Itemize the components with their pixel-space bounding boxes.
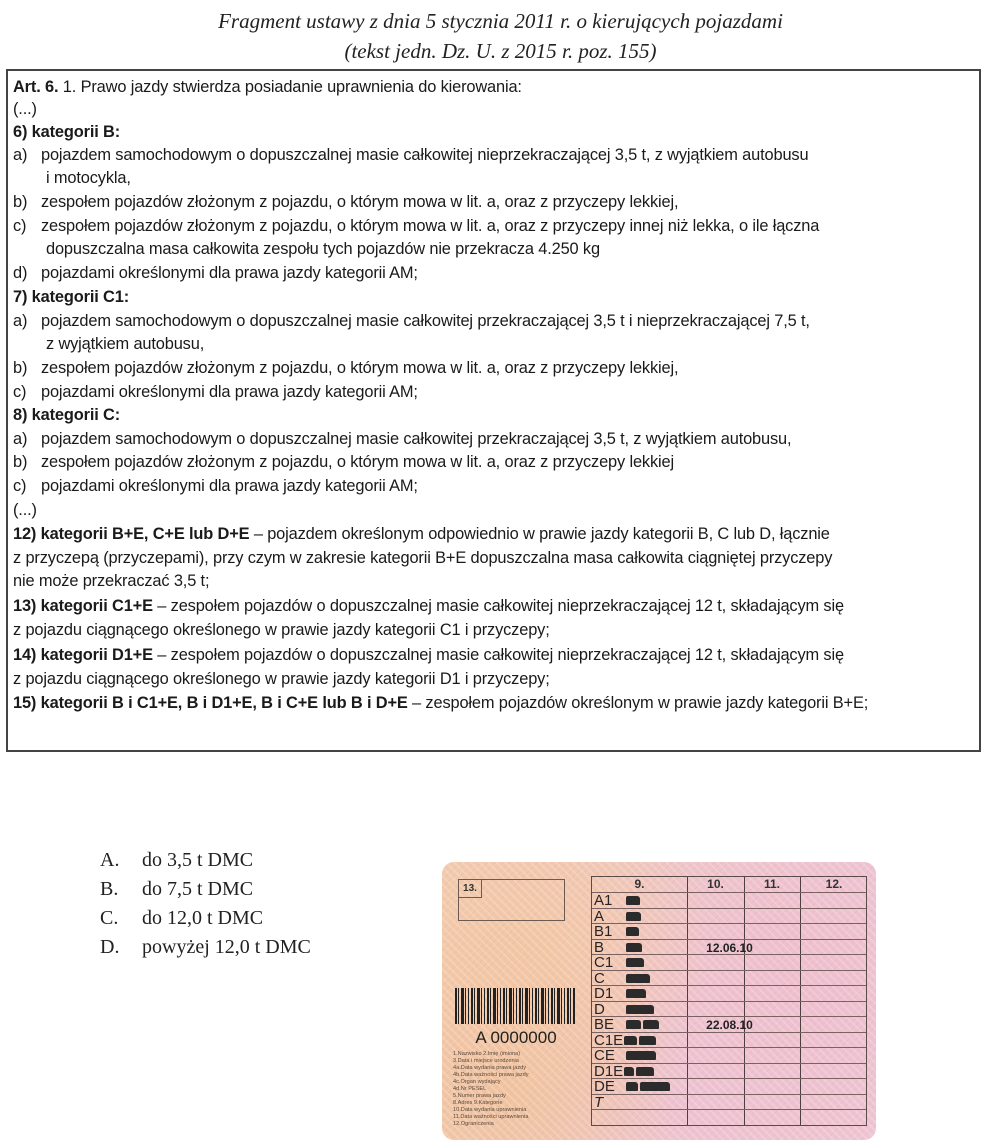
category-code: A — [594, 908, 604, 925]
category-code: C1 — [594, 954, 613, 971]
answer-text: do 3,5 t DMC — [142, 849, 253, 871]
item-text: zespołem pojazdów złożonym z pojazdu, o … — [41, 359, 678, 377]
category-code: C — [594, 970, 605, 987]
para-12-cont2: nie może przekraczać 3,5 t; — [13, 570, 209, 592]
legend-line: 3.Data i miejsce urodzenia — [453, 1058, 578, 1065]
category-issue-date: 22.08.10 — [687, 1017, 772, 1032]
bus-trailer-icon — [626, 1082, 670, 1093]
cat-c1-heading: 7) kategorii C1: — [13, 286, 129, 308]
item-label: c) — [13, 475, 41, 497]
item-label: a) — [13, 310, 41, 332]
car-trailer-icon — [626, 1020, 659, 1031]
row-divider — [592, 1032, 866, 1033]
legend-line: 11.Data ważności uprawnienia — [453, 1114, 578, 1121]
legend-line: 10.Data wydania uprawnienia — [453, 1107, 578, 1114]
answer-letter: A. — [100, 846, 142, 875]
para-14: 14) kategorii D1+E – zespołem pojazdów o… — [13, 644, 844, 666]
moped-icon — [626, 896, 640, 907]
item-text: pojazdami określonymi dla prawa jazdy ka… — [41, 477, 418, 495]
legend-line: 12.Ograniczenia — [453, 1121, 578, 1128]
legend-line: 5.Numer prawa jazdy — [453, 1093, 578, 1100]
item-label: b) — [13, 451, 41, 473]
col-header-10: 10. — [687, 877, 744, 892]
row-divider — [592, 1109, 866, 1110]
legend-line: 4c.Organ wydający — [453, 1079, 578, 1086]
light-truck-trailer-icon — [624, 1036, 656, 1047]
category-row-c1: C1 — [594, 955, 613, 970]
cat-b-item-b: b)zespołem pojazdów złożonym z pojazdu, … — [13, 191, 678, 213]
field-13-box: 13. — [458, 879, 565, 921]
answer-option-b[interactable]: B.do 7,5 t DMC — [100, 875, 311, 904]
cat-b-item-c: c)zespołem pojazdów złożonym z pojazdu, … — [13, 215, 819, 237]
para-text: – zespołem pojazdów określonym w prawie … — [408, 694, 868, 712]
item-label: a) — [13, 428, 41, 450]
row-divider — [592, 1047, 866, 1048]
light-truck-icon — [626, 958, 644, 969]
law-excerpt-box: Art. 6. 1. Prawo jazdy stwierdza posiada… — [6, 69, 981, 752]
answer-option-a[interactable]: A.do 3,5 t DMC — [100, 846, 311, 875]
row-divider — [592, 1094, 866, 1095]
category-code: D — [594, 1001, 605, 1018]
para-13: 13) kategorii C1+E – zespołem pojazdów o… — [13, 595, 844, 617]
quad-icon — [626, 927, 639, 938]
row-divider — [592, 985, 866, 986]
answer-letter: B. — [100, 875, 142, 904]
item-label: d) — [13, 262, 41, 284]
category-code: B — [594, 939, 604, 956]
para-heading: 14) kategorii D1+E — [13, 646, 153, 664]
legend-line: 1.Nazwisko 2.Imię (imiona) — [453, 1051, 578, 1058]
answer-option-c[interactable]: C.do 12,0 t DMC — [100, 904, 311, 933]
driving-license-back-image: 13. A 0000000 1.Nazwisko 2.Imię (imiona)… — [442, 862, 876, 1140]
car-icon — [626, 943, 642, 954]
ellipsis: (...) — [13, 98, 37, 120]
item-label: b) — [13, 357, 41, 379]
category-row-d1e: D1E — [594, 1064, 623, 1079]
answer-text: do 12,0 t DMC — [142, 907, 263, 929]
legend-line: 4a.Data wydania prawa jazdy — [453, 1065, 578, 1072]
item-text: pojazdami określonymi dla prawa jazdy ka… — [41, 383, 418, 401]
answer-options: A.do 3,5 t DMC B.do 7,5 t DMC C.do 12,0 … — [100, 846, 311, 962]
para-12-cont: z przyczepą (przyczepami), przy czym w z… — [13, 547, 832, 569]
para-15: 15) kategorii B i C1+E, B i D1+E, B i C+… — [13, 692, 868, 714]
categories-table: 9. 10. 11. 12. A1AB1B12.06.10C1CD1DBE22.… — [591, 876, 867, 1126]
category-code: C1E — [594, 1032, 623, 1049]
category-code: CE — [594, 1047, 615, 1064]
article-intro: Art. 6. 1. Prawo jazdy stwierdza posiada… — [13, 76, 522, 98]
cat-c-heading: 8) kategorii C: — [13, 404, 120, 426]
cat-b-item-a-cont: i motocykla, — [46, 167, 131, 189]
row-divider — [592, 1078, 866, 1079]
truck-trailer-icon — [626, 1051, 656, 1062]
bus-icon — [626, 1005, 654, 1016]
field-legend: 1.Nazwisko 2.Imię (imiona)3.Data i miejs… — [453, 1051, 578, 1128]
cat-c1-item-b: b)zespołem pojazdów złożonym z pojazdu, … — [13, 357, 678, 379]
answer-text: powyżej 12,0 t DMC — [142, 936, 311, 958]
cat-b-item-a: a)pojazdem samochodowym o dopuszczalnej … — [13, 144, 808, 166]
category-row-t: T — [594, 1095, 603, 1110]
category-code: D1 — [594, 985, 613, 1002]
cat-c1-item-a-cont: z wyjątkiem autobusu, — [46, 333, 204, 355]
item-label: b) — [13, 191, 41, 213]
para-heading: 15) kategorii B i C1+E, B i D1+E, B i C+… — [13, 694, 408, 712]
col-header-9: 9. — [592, 877, 687, 892]
item-label: a) — [13, 144, 41, 166]
cat-c-item-c: c)pojazdami określonymi dla prawa jazdy … — [13, 475, 418, 497]
cat-b-heading: 6) kategorii B: — [13, 121, 120, 143]
item-text: pojazdem samochodowym o dopuszczalnej ma… — [41, 312, 810, 330]
para-text: – zespołem pojazdów o dopuszczalnej masi… — [153, 597, 844, 615]
answer-letter: D. — [100, 933, 142, 962]
category-row-d1: D1 — [594, 986, 613, 1001]
category-code: T — [594, 1094, 603, 1111]
category-row-b1: B1 — [594, 924, 612, 939]
legend-line: 4d.Nr PESEL — [453, 1086, 578, 1093]
cat-c1-item-a: a)pojazdem samochodowym o dopuszczalnej … — [13, 310, 810, 332]
item-text: pojazdem samochodowym o dopuszczalnej ma… — [41, 430, 791, 448]
category-code: D1E — [594, 1063, 623, 1080]
para-13-cont: z pojazdu ciągnącego określonego w prawi… — [13, 619, 550, 641]
category-row-a: A — [594, 909, 604, 924]
row-divider — [592, 908, 866, 909]
item-text: pojazdem samochodowym o dopuszczalnej ma… — [41, 146, 808, 164]
para-heading: 13) kategorii C1+E — [13, 597, 153, 615]
category-row-b: B — [594, 940, 604, 955]
document-title: Fragment ustawy z dnia 5 stycznia 2011 r… — [0, 8, 1001, 34]
cat-c-item-b: b)zespołem pojazdów złożonym z pojazdu, … — [13, 451, 674, 473]
item-text: pojazdami określonymi dla prawa jazdy ka… — [41, 264, 418, 282]
article-number: Art. 6. — [13, 78, 58, 96]
category-row-d: D — [594, 1002, 605, 1017]
answer-option-d[interactable]: D.powyżej 12,0 t DMC — [100, 933, 311, 962]
para-heading: 12) kategorii B+E, C+E lub D+E — [13, 525, 249, 543]
item-text: zespołem pojazdów złożonym z pojazdu, o … — [41, 453, 674, 471]
row-divider — [592, 923, 866, 924]
item-text: zespołem pojazdów złożonym z pojazdu, o … — [41, 217, 819, 235]
col-header-12: 12. — [800, 877, 868, 892]
category-code: BE — [594, 1016, 614, 1033]
cat-b-item-c-cont: dopuszczalna masa całkowita zespołu tych… — [46, 238, 600, 260]
article-intro-text: 1. Prawo jazdy stwierdza posiadanie upra… — [58, 78, 521, 96]
category-row-de: DE — [594, 1079, 615, 1094]
row-divider — [592, 1001, 866, 1002]
para-text: – pojazdem określonym odpowiednio w praw… — [249, 525, 829, 543]
category-code: B1 — [594, 923, 612, 940]
category-code: A1 — [594, 892, 612, 909]
category-code: DE — [594, 1078, 615, 1095]
ellipsis-2: (...) — [13, 499, 37, 521]
truck-icon — [626, 974, 650, 985]
row-divider — [592, 954, 866, 955]
answer-text: do 7,5 t DMC — [142, 878, 253, 900]
minibus-icon — [626, 989, 646, 1000]
document-number: A 0000000 — [456, 1028, 576, 1048]
motorcycle-icon — [626, 912, 641, 923]
cat-b-item-d: d)pojazdami określonymi dla prawa jazdy … — [13, 262, 418, 284]
category-row-c1e: C1E — [594, 1033, 623, 1048]
para-12: 12) kategorii B+E, C+E lub D+E – pojazde… — [13, 523, 830, 545]
category-row-c: C — [594, 971, 605, 986]
category-row-ce: CE — [594, 1048, 615, 1063]
cat-c1-item-c: c)pojazdami określonymi dla prawa jazdy … — [13, 381, 418, 403]
legend-line: 4b.Data ważności prawa jazdy — [453, 1072, 578, 1079]
row-divider — [592, 892, 866, 893]
minibus-trailer-icon — [624, 1067, 654, 1078]
para-14-cont: z pojazdu ciągnącego określonego w prawi… — [13, 668, 550, 690]
cat-c-item-a: a)pojazdem samochodowym o dopuszczalnej … — [13, 428, 791, 450]
row-divider — [592, 970, 866, 971]
answer-letter: C. — [100, 904, 142, 933]
field-13-label: 13. — [459, 880, 482, 898]
category-row-be: BE — [594, 1017, 614, 1032]
document-subtitle: (tekst jedn. Dz. U. z 2015 r. poz. 155) — [0, 38, 1001, 64]
legend-line: 8.Adres 9.Kategorie — [453, 1100, 578, 1107]
item-label: c) — [13, 215, 41, 237]
para-text: – zespołem pojazdów o dopuszczalnej masi… — [153, 646, 844, 664]
item-text: zespołem pojazdów złożonym z pojazdu, o … — [41, 193, 678, 211]
category-row-a1: A1 — [594, 893, 612, 908]
item-label: c) — [13, 381, 41, 403]
col-header-11: 11. — [744, 877, 800, 892]
category-issue-date: 12.06.10 — [687, 940, 772, 955]
barcode — [455, 988, 575, 1024]
row-divider — [592, 1063, 866, 1064]
